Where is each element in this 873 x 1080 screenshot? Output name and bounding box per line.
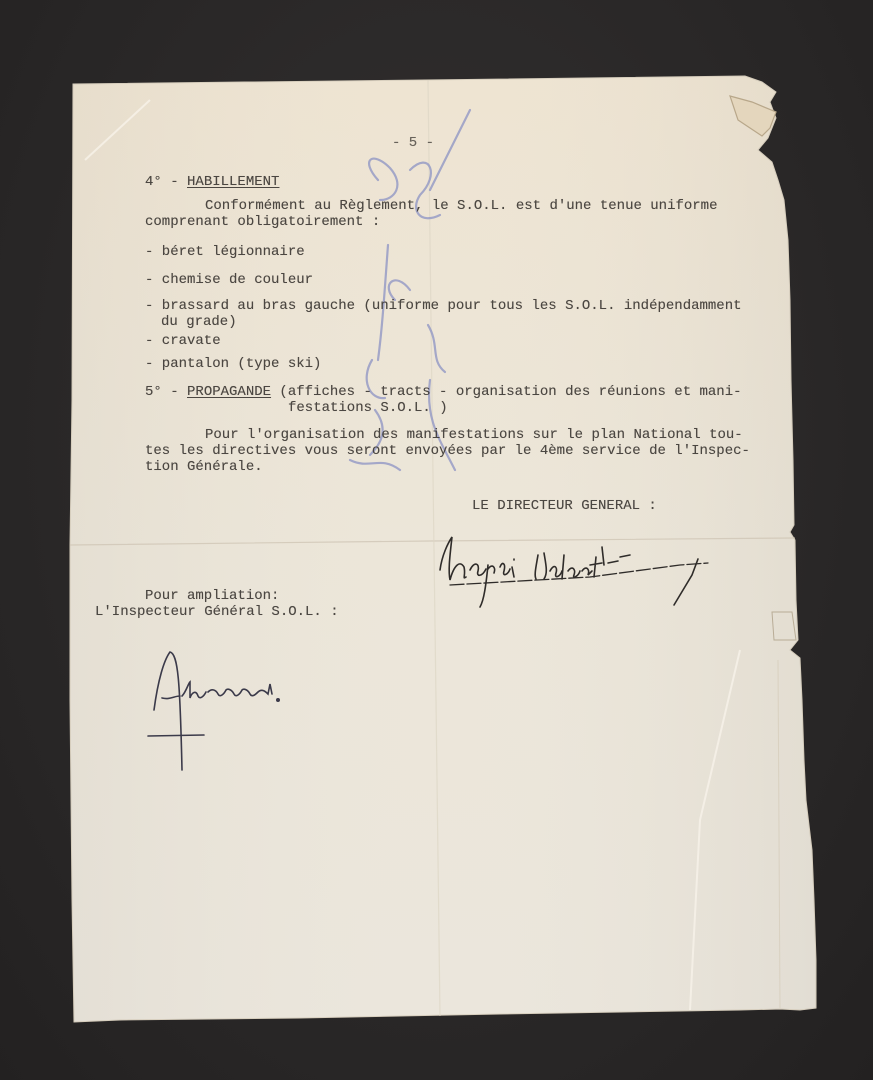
- list-item-chemise: - chemise de couleur: [145, 272, 313, 288]
- document-sheet: - 5 - 4° - HABILLEMENT Conformément au R…: [0, 0, 873, 1080]
- list-item-brassard-cont: du grade): [161, 314, 237, 330]
- section5-para-line1: Pour l'organisation des manifestations s…: [205, 427, 743, 443]
- section4-title: HABILLEMENT: [187, 174, 279, 190]
- list-item-beret: - béret légionnaire: [145, 244, 305, 260]
- inspector-signature: [140, 640, 360, 780]
- ampliation-line1: Pour ampliation:: [145, 588, 279, 604]
- director-signature: [430, 525, 730, 615]
- section5-para-line3: tion Générale.: [145, 459, 263, 475]
- section4-intro-line1: Conformément au Règlement, le S.O.L. est…: [205, 198, 717, 214]
- section5-number: 5° -: [145, 384, 187, 400]
- section4-heading: 4° - HABILLEMENT: [145, 174, 279, 190]
- list-item-brassard: - brassard au bras gauche (uniforme pour…: [145, 298, 742, 314]
- list-item-cravate: - cravate: [145, 333, 221, 349]
- list-item-pantalon: - pantalon (type ski): [145, 356, 321, 372]
- section5-para-line2: tes les directives vous seront envoyées …: [145, 443, 750, 459]
- section5-heading: 5° - PROPAGANDE (affiches - tracts - org…: [145, 384, 742, 400]
- ampliation-line2: L'Inspecteur Général S.O.L. :: [95, 604, 339, 620]
- page-number: - 5 -: [392, 135, 434, 151]
- section4-number: 4° -: [145, 174, 187, 190]
- section5-heading-line2: festations S.O.L. ): [288, 400, 448, 416]
- section5-title: PROPAGANDE: [187, 384, 271, 400]
- section4-intro-line2: comprenant obligatoirement :: [145, 214, 380, 230]
- section5-heading-rest: (affiches - tracts - organisation des ré…: [271, 384, 741, 400]
- director-title: LE DIRECTEUR GENERAL :: [472, 498, 657, 514]
